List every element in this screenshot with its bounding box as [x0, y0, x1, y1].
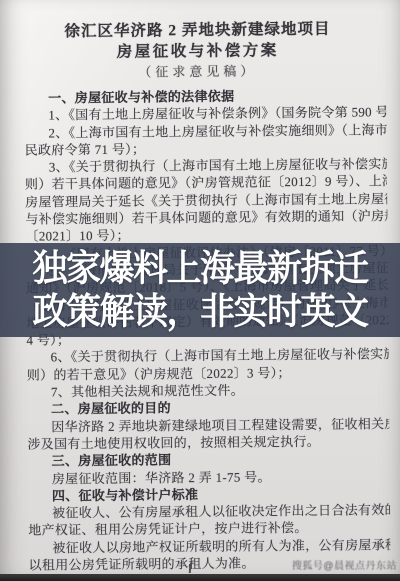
doc-line: 2、《上海市国有土地上房屋征收与补偿实施细则》（上海市人 — [24, 121, 386, 142]
watermark-text: 搜狐号@晨视点丹东站 — [292, 557, 397, 572]
paper-crease-mark — [189, 564, 191, 573]
bottom-dark-strip — [0, 574, 400, 581]
doc-line: 因华济路 2 弄地块新建绿地项目工程建设需要，征收相关房屋。 — [27, 415, 389, 436]
article-cover-image: 徐汇区华济路 2 弄地块新建绿地项目 房屋征收与补偿方案 （征求意见稿） 一、房… — [0, 0, 400, 581]
doc-line: 被征收人以房地产权证所载明的所有人为准，公有房屋承租人 — [28, 536, 390, 557]
document-title-line3: （征求意见稿） — [0, 60, 398, 83]
doc-line: 6、《关于贯彻执行（上海市国有土地上房屋征收与补偿实施细 — [27, 346, 389, 367]
caption-line1: 独家爆料上海最新拆迁 — [32, 246, 367, 291]
caption-line2: 政策解读，非实时英文 — [32, 289, 367, 334]
document-title: 徐汇区华济路 2 弄地块新建绿地项目 房屋征收与补偿方案 （征求意见稿） — [0, 19, 398, 83]
caption-banner: 独家爆料上海最新拆迁 政策解读，非实时英文 — [0, 243, 400, 337]
